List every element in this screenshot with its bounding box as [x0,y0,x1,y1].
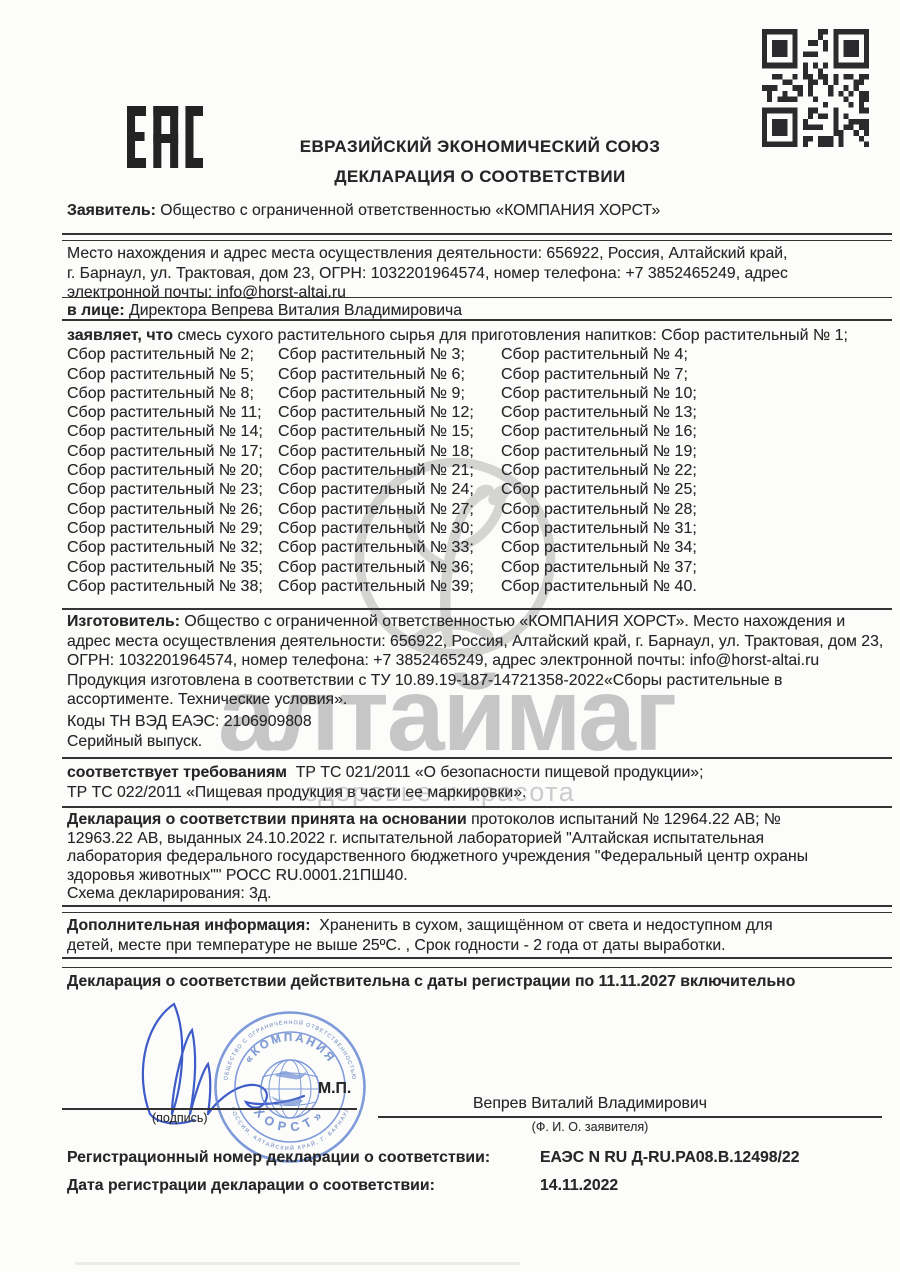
doc-title: ДЕКЛАРАЦИЯ О СООТВЕТСТВИИ [70,167,890,187]
registration-number-value: ЕАЭС N RU Д-RU.РА08.В.12498/22 [540,1148,800,1168]
product-item: Сбор растительный № 2; [67,345,278,364]
product-row: Сбор растительный № 17;Сбор растительный… [67,442,888,461]
conformity-section: соответствует требованиям ТР ТС 021/2011… [67,763,888,802]
person-row: в лице: Директора Вепрева Виталия Владим… [67,301,880,321]
section-divider [62,905,892,907]
basis-section: Декларация о соответствии принята на осн… [67,811,888,904]
basis-first-line: Декларация о соответствии принята на осн… [67,811,888,830]
additional-line2: детей, месте при температуре не выше 25º… [67,936,888,956]
section-divider [62,319,892,321]
declares-intro: смесь сухого растительного сырья для при… [177,327,848,344]
registration-date-label: Дата регистрации декларации о соответств… [67,1177,435,1194]
declares-intro-line: заявляет, что смесь сухого растительного… [67,326,888,345]
registration-number-row: Регистрационный номер декларации о соотв… [67,1148,888,1168]
qr-code-icon [762,29,869,147]
conformity-line1: соответствует требованиям ТР ТС 021/2011… [67,763,888,783]
product-item: Сбор растительный № 9; [278,384,501,403]
registration-date-value: 14.11.2022 [540,1176,618,1196]
product-item: Сбор растительный № 21; [278,461,501,480]
product-item: Сбор растительный № 6; [278,365,501,384]
product-item: Сбор растительный № 15; [278,422,501,441]
product-item: Сбор растительный № 5; [67,365,278,384]
product-item: Сбор растительный № 10; [501,384,888,403]
product-item: Сбор растительный № 26; [67,500,278,519]
product-item: Сбор растительный № 38; [67,577,278,596]
section-divider [62,233,892,235]
address-block: Место нахождения и адрес места осуществл… [67,244,880,303]
product-row: Сбор растительный № 8;Сбор растительный … [67,384,888,403]
manufacturer-lines: адрес места осуществления деятельности: … [67,632,888,710]
product-item: Сбор растительный № 28; [501,500,888,519]
product-item: Сбор растительный № 23; [67,480,278,499]
section-divider [62,806,892,808]
product-item: Сбор растительный № 13; [501,403,888,422]
product-item: Сбор растительный № 36; [278,558,501,577]
manufacturer-section: Изготовитель: Общество с ограниченной от… [67,612,888,710]
product-row: Сбор растительный № 26;Сбор растительный… [67,500,888,519]
section-divider [62,608,892,610]
product-item: Сбор растительный № 31; [501,519,888,538]
product-item: Сбор растительный № 11; [67,403,278,422]
person-value: Директора Вепрева Виталия Владимировича [129,302,462,319]
product-item: Сбор растительный № 27; [278,500,501,519]
product-item: Сбор растительный № 25; [501,480,888,499]
product-row: Сбор растительный № 29;Сбор растительный… [67,519,888,538]
product-row: Сбор растительный № 11;Сбор растительный… [67,403,888,422]
section-divider [62,912,892,913]
conformity-label: соответствует требованиям [67,764,287,781]
applicant-value: Общество с ограниченной ответственностью… [160,202,660,219]
registration-date-row: Дата регистрации декларации о соответств… [67,1176,888,1196]
section-divider [62,297,892,298]
applicant-row: Заявитель: Общество с ограниченной ответ… [67,201,880,221]
product-row: Сбор растительный № 14;Сбор растительный… [67,422,888,441]
product-row: Сбор растительный № 23;Сбор растительный… [67,480,888,499]
product-row: Сбор растительный № 38;Сбор растительный… [67,577,888,596]
basis-lines: 12963.22 АВ, выданных 24.10.2022 г. испы… [67,830,888,904]
product-item: Сбор растительный № 35; [67,558,278,577]
product-item: Сбор растительный № 20; [67,461,278,480]
product-row: Сбор растительный № 20;Сбор растительный… [67,461,888,480]
product-item: Сбор растительный № 32; [67,538,278,557]
additional-label: Дополнительная информация: [67,917,311,934]
product-item: Сбор растительный № 29; [67,519,278,538]
section-divider [62,957,892,959]
product-item: Сбор растительный № 12; [278,403,501,422]
product-item: Сбор растительный № 19; [501,442,888,461]
section-divider [62,757,892,759]
product-item: Сбор растительный № 3; [278,345,501,364]
additional-line1: Дополнительная информация: Храненить в с… [67,916,888,936]
manufacturer-first-line: Изготовитель: Общество с ограниченной от… [67,612,888,632]
product-item: Сбор растительный № 30; [278,519,501,538]
product-row: Сбор растительный № 35;Сбор растительный… [67,558,888,577]
signature-caption: (подпись) [152,1111,208,1125]
mp-label: М.П. [318,1079,351,1099]
declares-label: заявляет, что [67,327,173,344]
section-divider [62,967,892,968]
conformity-line2: ТР ТС 022/2011 «Пищевая продукция в част… [67,783,888,803]
product-item: Сбор растительный № 14; [67,422,278,441]
declaration-page: алтаймаг здоровье и красота ЕВРАЗИЙСКИЙ … [0,0,900,1272]
declares-section: заявляет, что смесь сухого растительного… [67,326,888,596]
product-item: Сбор растительный № 4; [501,345,888,364]
product-item: Сбор растительный № 7; [501,365,888,384]
section-divider [62,240,892,241]
product-rows: Сбор растительный № 2;Сбор растительный … [67,345,888,596]
fio-line [378,1116,882,1118]
product-item: Сбор растительный № 37; [501,558,888,577]
product-item: Сбор растительный № 22; [501,461,888,480]
product-row: Сбор растительный № 5;Сбор растительный … [67,365,888,384]
scan-artifact-line [75,1262,520,1265]
product-item: Сбор растительный № 40. [501,577,888,596]
registration-number-label: Регистрационный номер декларации о соотв… [67,1149,490,1166]
product-item: Сбор растительный № 8; [67,384,278,403]
product-item: Сбор растительный № 33; [278,538,501,557]
validity-statement: Декларация о соответствии действительна … [67,972,888,992]
signature-line [62,1108,357,1110]
product-item: Сбор растительный № 24; [278,480,501,499]
basis-label: Декларация о соответствии принята на осн… [67,811,467,828]
additional-section: Дополнительная информация: Храненить в с… [67,916,888,955]
union-title: ЕВРАЗИЙСКИЙ ЭКОНОМИЧЕСКИЙ СОЮЗ [70,137,890,157]
manufacturer-label: Изготовитель: [67,613,180,630]
product-row: Сбор растительный № 32;Сбор растительный… [67,538,888,557]
applicant-label: Заявитель: [67,202,156,219]
fio-name: Вепрев Виталий Владимирович [380,1094,800,1114]
person-label: в лице: [67,302,125,319]
product-item: Сбор растительный № 18; [278,442,501,461]
product-item: Сбор растительный № 34; [501,538,888,557]
product-row: Сбор растительный № 2;Сбор растительный … [67,345,888,364]
fio-caption: (Ф. И. О. заявителя) [380,1120,800,1134]
product-item: Сбор растительный № 39; [278,577,501,596]
codes-block: Коды ТН ВЭД ЕАЭС: 2106909808 Серийный вы… [67,712,312,751]
product-item: Сбор растительный № 16; [501,422,888,441]
product-item: Сбор растительный № 17; [67,442,278,461]
